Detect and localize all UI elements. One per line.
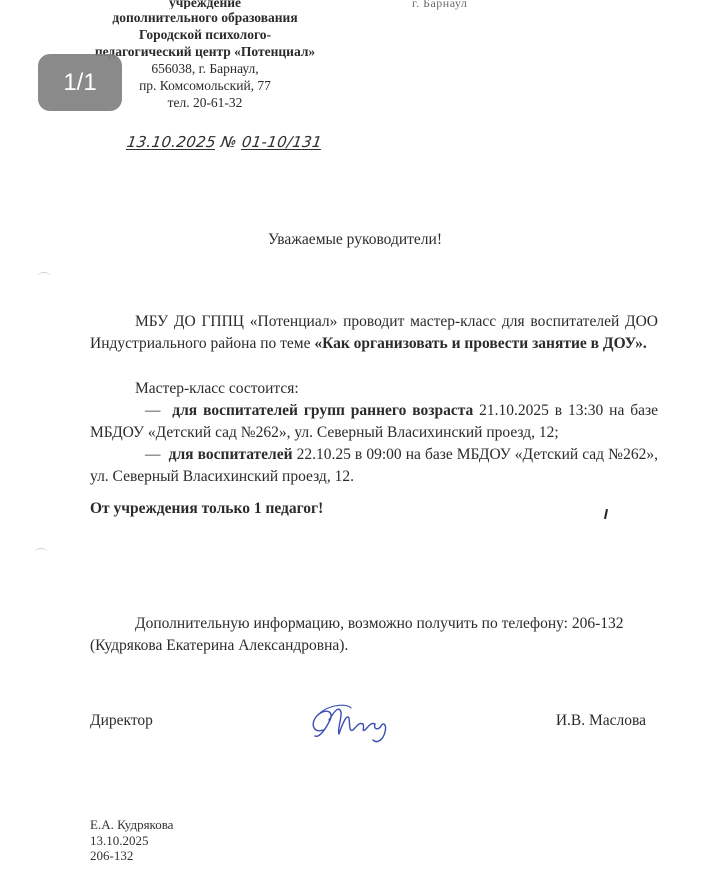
executor-name: Е.А. Кудрякова (90, 817, 173, 833)
hole-punch-mark (37, 272, 51, 281)
org-line: педагогический центр «Потенциал» (90, 43, 320, 60)
org-line-cut: учреждение (90, 0, 320, 9)
contact-paragraph: Дополнительную информацию, возможно полу… (90, 613, 658, 657)
hole-punch-mark (34, 548, 48, 557)
address-line: 656038, г. Барнаул, (90, 60, 320, 77)
registration-number: 13.10.2025 № 01-10/131 (126, 133, 323, 151)
phone-line: тел. 20-61-32 (90, 94, 320, 111)
page-indicator: 1/1 (38, 54, 122, 111)
executor-phone: 206-132 (90, 848, 173, 864)
registration-date: 13.10.2025 (126, 133, 217, 151)
schedule-item: — для воспитателей групп раннего возраст… (90, 400, 658, 444)
org-line: Городской психолого- (90, 26, 320, 43)
greeting: Уважаемые руководители! (0, 231, 710, 249)
number-sign: № (220, 133, 238, 151)
recipient-city-cut: г. Барнаул (412, 0, 512, 14)
signer-title: Директор (90, 712, 153, 730)
letterhead-organization: учреждение дополнительного образования Г… (90, 2, 320, 111)
registration-code: 01-10/131 (241, 133, 324, 151)
address-line: пр. Комсомольский, 77 (90, 77, 320, 94)
schedule-intro: Мастер-класс состоится: (90, 378, 658, 400)
intro-paragraph: МБУ ДО ГППЦ «Потенциал» проводит мастер-… (90, 311, 658, 355)
notice: От учреждения только 1 педагог! (90, 498, 658, 520)
executor-info: Е.А. Кудрякова 13.10.2025 206-132 (90, 817, 173, 864)
masterclass-topic: «Как организовать и провести занятие в Д… (314, 335, 646, 352)
schedule-paragraph: Мастер-класс состоится: — для воспитател… (90, 378, 658, 488)
executor-date: 13.10.2025 (90, 833, 173, 849)
org-line: дополнительного образования (90, 9, 320, 26)
handwritten-signature (305, 700, 400, 745)
signer-name: И.В. Маслова (556, 712, 646, 730)
schedule-item: — для воспитателей 22.10.25 в 09:00 на б… (90, 444, 658, 488)
